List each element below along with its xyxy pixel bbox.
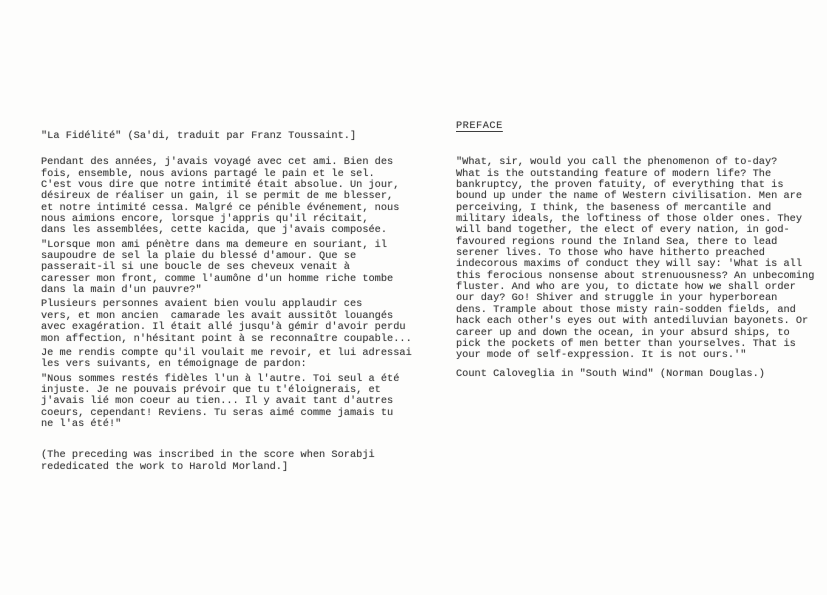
french-paragraph-1: Pendant des années, j'avais voyagé avec …: [41, 157, 427, 236]
french-paragraph-3: Plusieurs personnes avaient bien voulu a…: [41, 299, 427, 344]
french-paragraph-5: "Nous sommes restés fidèles l'un à l'aut…: [41, 374, 427, 431]
left-column: "La Fidélité" (Sa'di, traduit par Franz …: [41, 131, 427, 476]
scanned-document-page: "La Fidélité" (Sa'di, traduit par Franz …: [0, 0, 827, 595]
right-column: PREFACE "What, sir, would you call the p…: [456, 121, 824, 383]
french-paragraph-2: "Lorsque mon ami pénètre dans ma demeure…: [41, 240, 427, 297]
preface-heading: PREFACE: [456, 121, 824, 132]
footnote-asterisk: *: [585, 355, 590, 365]
dedication-note: (The preceding was inscribed in the scor…: [41, 450, 427, 473]
left-column-title: "La Fidélité" (Sa'di, traduit par Franz …: [41, 131, 427, 142]
preface-quote: "What, sir, would you call the phenomeno…: [456, 157, 824, 361]
french-paragraph-4: Je me rendis compte qu'il voulait me rev…: [41, 348, 427, 371]
attribution-line: Count Caloveglia in "South Wind" (Norman…: [456, 369, 824, 380]
